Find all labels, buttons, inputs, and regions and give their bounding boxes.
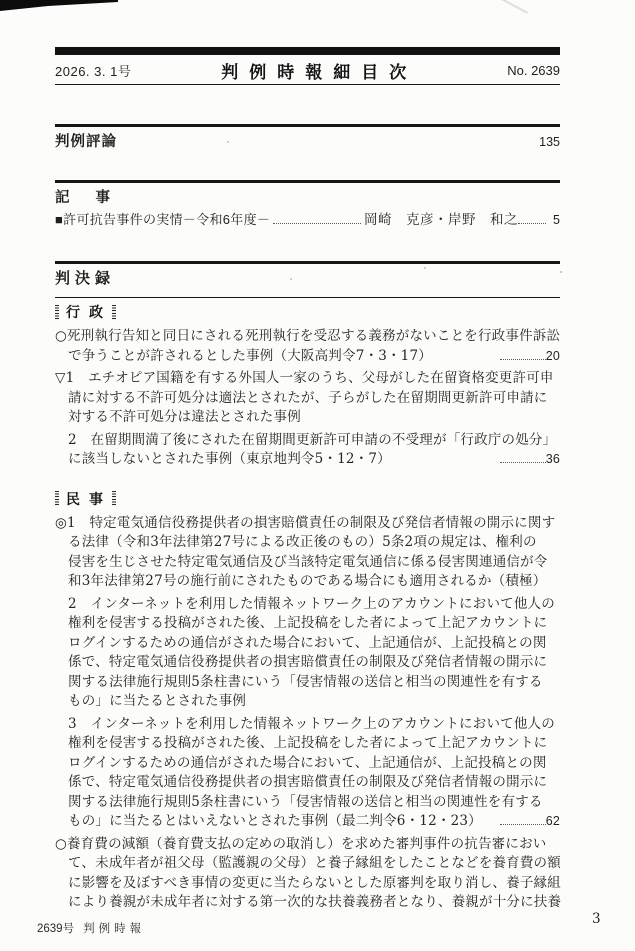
toc-line: 2 インターネットを利用した情報ネットワーク上のアカウントにおいて他人の: [55, 595, 560, 615]
toc-line: 2 在留期間満了後にされた在留期間更新許可申請の不受理が「行政庁の処分」: [55, 431, 560, 451]
toc-line: て、未成年者が祖父母（監護親の父母）と養子縁組をしたことなどを養育費の額: [55, 854, 560, 874]
toc-line-text: 2 在留期間満了後にされた在留期間更新許可申請の不受理が「行政庁の処分」: [68, 431, 556, 451]
toc-line: もの」に当たるとされた事例: [55, 692, 560, 712]
toc-line-text: 関する法律施行規則5条柱書にいう「侵害情報の送信と相当の関連性を有する: [68, 673, 543, 693]
square-bullet-icon: ■: [55, 212, 63, 227]
dotted-leader: [500, 462, 546, 463]
header-rule: [55, 84, 560, 85]
dotted-leader: [273, 223, 361, 224]
toc-line-text: 侵害を生じさせた特定電気通信及び当該特定電気通信に係る侵害関連通信が令: [68, 553, 548, 573]
toc-line-text: 対する不許可処分は違法とされた事例: [68, 408, 301, 428]
hyoron-label: 判例評論: [55, 130, 117, 151]
scanned-toc-page: 2026. 3. 1号 判例時報細目次 No. 2639 判例評論 135 記事…: [0, 0, 635, 951]
toc-item: ◎1 特定電気通信役務提供者の損害賠償責任の制限及び発信者情報の開示に関する法律…: [55, 514, 560, 592]
toc-line-text: 関する法律施行規則5条柱書にいう「侵害情報の送信と相当の関連性を有する: [68, 793, 543, 813]
toc-line: もの」に当たるとはいえないとされた事例（最二判令6・12・23）62: [55, 812, 560, 832]
subsection-rule: [55, 297, 560, 298]
toc-line-text: 係で、特定電気通信役務提供者の損害賠償責任の制限及び発信者情報の開示に: [68, 773, 547, 793]
toc-line: 関する法律施行規則5条柱書にいう「侵害情報の送信と相当の関連性を有する: [55, 793, 560, 813]
toc-line: 係で、特定電気通信役務提供者の損害賠償責任の制限及び発信者情報の開示に: [55, 653, 560, 673]
toc-line: 3 インターネットを利用した情報ネットワーク上のアカウントにおいて他人の: [55, 715, 560, 735]
toc-line: で争うことが許されるとした事例（大阪高判令7・3・17）20: [55, 347, 560, 367]
toc-item: ○死刑執行告知と同日にされる死刑執行を受忍する義務がないことを行政事件訴訟で争う…: [55, 327, 560, 366]
header-top-bar: [55, 47, 560, 55]
toc-item: 2 在留期間満了後にされた在留期間更新許可申請の不受理が「行政庁の処分」に該当し…: [55, 431, 560, 470]
toc-line-text: 2 インターネットを利用した情報ネットワーク上のアカウントにおいて他人の: [68, 595, 555, 615]
scan-speck: [290, 278, 292, 280]
footer-page-number: 3: [592, 911, 601, 927]
toc-line: ログインするための通信がされた場合において、上記通信が、上記投稿との関: [55, 634, 560, 654]
toc-line: 侵害を生じさせた特定電気通信及び当該特定電気通信に係る侵害関連通信が令: [55, 553, 560, 573]
section-label-minji: 民事: [55, 490, 560, 508]
toc-line: に影響を及ぼすべき事情の変更に当たらないとした原審判を取り消し、養子縁組: [55, 874, 560, 894]
toc-line: 和3年法律第27号の施行前にされたものである場合にも適用されるか（積極）: [55, 572, 560, 592]
kiji-label: 記事: [55, 186, 136, 207]
page-header: 2026. 3. 1号 判例時報細目次 No. 2639: [55, 58, 560, 83]
entry-authors: 岡崎 克彦・岸野 和之: [364, 208, 518, 228]
toc-line-text: ログインするための通信がされた場合において、上記通信が、上記投稿との関: [68, 634, 547, 654]
toc-item: 2 インターネットを利用した情報ネットワーク上のアカウントにおいて他人の権利を侵…: [55, 595, 560, 712]
toc-line: る法律（令和3年法律第27号による改正後のもの）5条2項の規定は、権利の: [55, 533, 560, 553]
page-number: 36: [546, 452, 560, 466]
toc-line-text: に影響を及ぼすべき事情の変更に当たらないとした原審判を取り消し、養子縁組: [68, 874, 561, 894]
toc-line-text: 権利を侵害する投稿がされた後、上記投稿をした者によって上記アカウントに: [68, 734, 547, 754]
toc-line-text: で争うことが許されるとした事例（大阪高判令7・3・17）: [68, 347, 432, 367]
toc-line-text: て、未成年者が祖父母（監護親の父母）と養子縁組をしたことなどを養育費の額: [68, 854, 561, 874]
toc-line: ログインするための通信がされた場合において、上記通信が、上記投稿との関: [55, 754, 560, 774]
toc-line-text: 係で、特定電気通信役務提供者の損害賠償責任の制限及び発信者情報の開示に: [68, 653, 547, 673]
toc-line-text: ◎1 特定電気通信役務提供者の損害賠償責任の制限及び発信者情報の開示に関す: [55, 514, 555, 534]
toc-line-text: 3 インターネットを利用した情報ネットワーク上のアカウントにおいて他人の: [68, 715, 555, 735]
toc-line-text: る法律（令和3年法律第27号による改正後のもの）5条2項の規定は、権利の: [68, 533, 537, 553]
toc-line-text: 権利を侵害する投稿がされた後、上記投稿をした者によって上記アカウントに: [68, 614, 547, 634]
hyoron-row: 判例評論 135: [55, 130, 560, 151]
scan-artifact: [0, 0, 120, 12]
toc-line-text: により養親が未成年者に対する第一次的な扶養義務者となり、養親が十分に扶養: [68, 893, 561, 913]
section-label-gyosei: 行政: [55, 303, 560, 321]
toc-line: 権利を侵害する投稿がされた後、上記投稿をした者によって上記アカウントに: [55, 734, 560, 754]
footer-journal-title: 判例時報: [83, 920, 145, 936]
toc-item: ○養育費の減額（養育費支払の定めの取消し）を求めた審判事件の抗告審において、未成…: [55, 835, 560, 913]
toc-line-text: に該当しないとされた事例（東京地判令5・12・7）: [68, 450, 391, 470]
hanketsuroku-label: 判決録: [55, 267, 115, 288]
entry-title: 許可抗告事件の実情－令和6年度－: [63, 212, 270, 227]
dotted-leader: [518, 223, 546, 224]
dotted-leader: [500, 824, 546, 825]
toc-line-text: もの」に当たるとはいえないとされた事例（最二判令6・12・23）: [68, 812, 482, 832]
page-number: 62: [546, 814, 560, 828]
page-number: 20: [546, 349, 560, 363]
issue-number: No. 2639: [507, 63, 560, 78]
page-title: 判例時報細目次: [131, 58, 507, 83]
label-stripe-bar: [112, 305, 116, 320]
scan-streak: [490, 0, 528, 14]
hyoron-page-number: 135: [539, 135, 560, 149]
footer-left: 2639号 判例時報: [37, 920, 145, 936]
toc-line-text: ○養育費の減額（養育費支払の定めの取消し）を求めた審判事件の抗告審におい: [55, 835, 546, 855]
toc-item: ▽1 エチオピア国籍を有する外国人一家のうち、父母がした在留資格変更許可申請に対…: [55, 369, 560, 428]
footer-issue: 2639号: [37, 920, 74, 936]
toc-line-text: 請に対する不許可処分は適法とされたが、子らがした在留期間更新許可申請に: [68, 389, 548, 409]
toc-line: 関する法律施行規則5条柱書にいう「侵害情報の送信と相当の関連性を有する: [55, 673, 560, 693]
toc-line: に該当しないとされた事例（東京地判令5・12・7）36: [55, 450, 560, 470]
kiji-entry: ■許可抗告事件の実情－令和6年度－ 岡崎 克彦・岸野 和之 5: [55, 208, 560, 228]
toc-line: 権利を侵害する投稿がされた後、上記投稿をした者によって上記アカウントに: [55, 614, 560, 634]
section-rule: [55, 261, 560, 264]
issue-date: 2026. 3. 1号: [55, 61, 131, 80]
section-rule: [55, 180, 560, 183]
toc-line-text: ○死刑執行告知と同日にされる死刑執行を受忍する義務がないことを行政事件訴訟: [55, 327, 560, 347]
toc-line-text: ▽1 エチオピア国籍を有する外国人一家のうち、父母がした在留資格変更許可申: [55, 369, 554, 389]
toc-line-text: もの」に当たるとされた事例: [68, 692, 246, 712]
toc-line: ○養育費の減額（養育費支払の定めの取消し）を求めた審判事件の抗告審におい: [55, 835, 560, 855]
dotted-leader: [500, 359, 546, 360]
toc-line: ▽1 エチオピア国籍を有する外国人一家のうち、父母がした在留資格変更許可申: [55, 369, 560, 389]
toc-line-text: ログインするための通信がされた場合において、上記通信が、上記投稿との関: [68, 754, 547, 774]
toc-item: 3 インターネットを利用した情報ネットワーク上のアカウントにおいて他人の権利を侵…: [55, 715, 560, 832]
entry-bullet-title: ■許可抗告事件の実情－令和6年度－: [55, 209, 270, 228]
toc-line: 対する不許可処分は違法とされた事例: [55, 408, 560, 428]
label-stripe-bar: [112, 491, 116, 506]
toc-line: 請に対する不許可処分は適法とされたが、子らがした在留期間更新許可申請に: [55, 389, 560, 409]
toc-line: ○死刑執行告知と同日にされる死刑執行を受忍する義務がないことを行政事件訴訟: [55, 327, 560, 347]
section-rule: [55, 124, 560, 127]
scan-speck: [560, 271, 562, 273]
toc-line-text: 和3年法律第27号の施行前にされたものである場合にも適用されるか（積極）: [68, 572, 546, 592]
toc-sections: 行政○死刑執行告知と同日にされる死刑執行を受忍する義務がないことを行政事件訴訟で…: [55, 303, 560, 913]
scan-speck: [424, 267, 426, 269]
page-number: 5: [546, 213, 560, 227]
toc-line: 係で、特定電気通信役務提供者の損害賠償責任の制限及び発信者情報の開示に: [55, 773, 560, 793]
toc-line: ◎1 特定電気通信役務提供者の損害賠償責任の制限及び発信者情報の開示に関す: [55, 514, 560, 534]
section-label-text: 行政: [59, 302, 112, 322]
section-label-text: 民事: [59, 489, 112, 509]
toc-line: により養親が未成年者に対する第一次的な扶養義務者となり、養親が十分に扶養: [55, 893, 560, 913]
